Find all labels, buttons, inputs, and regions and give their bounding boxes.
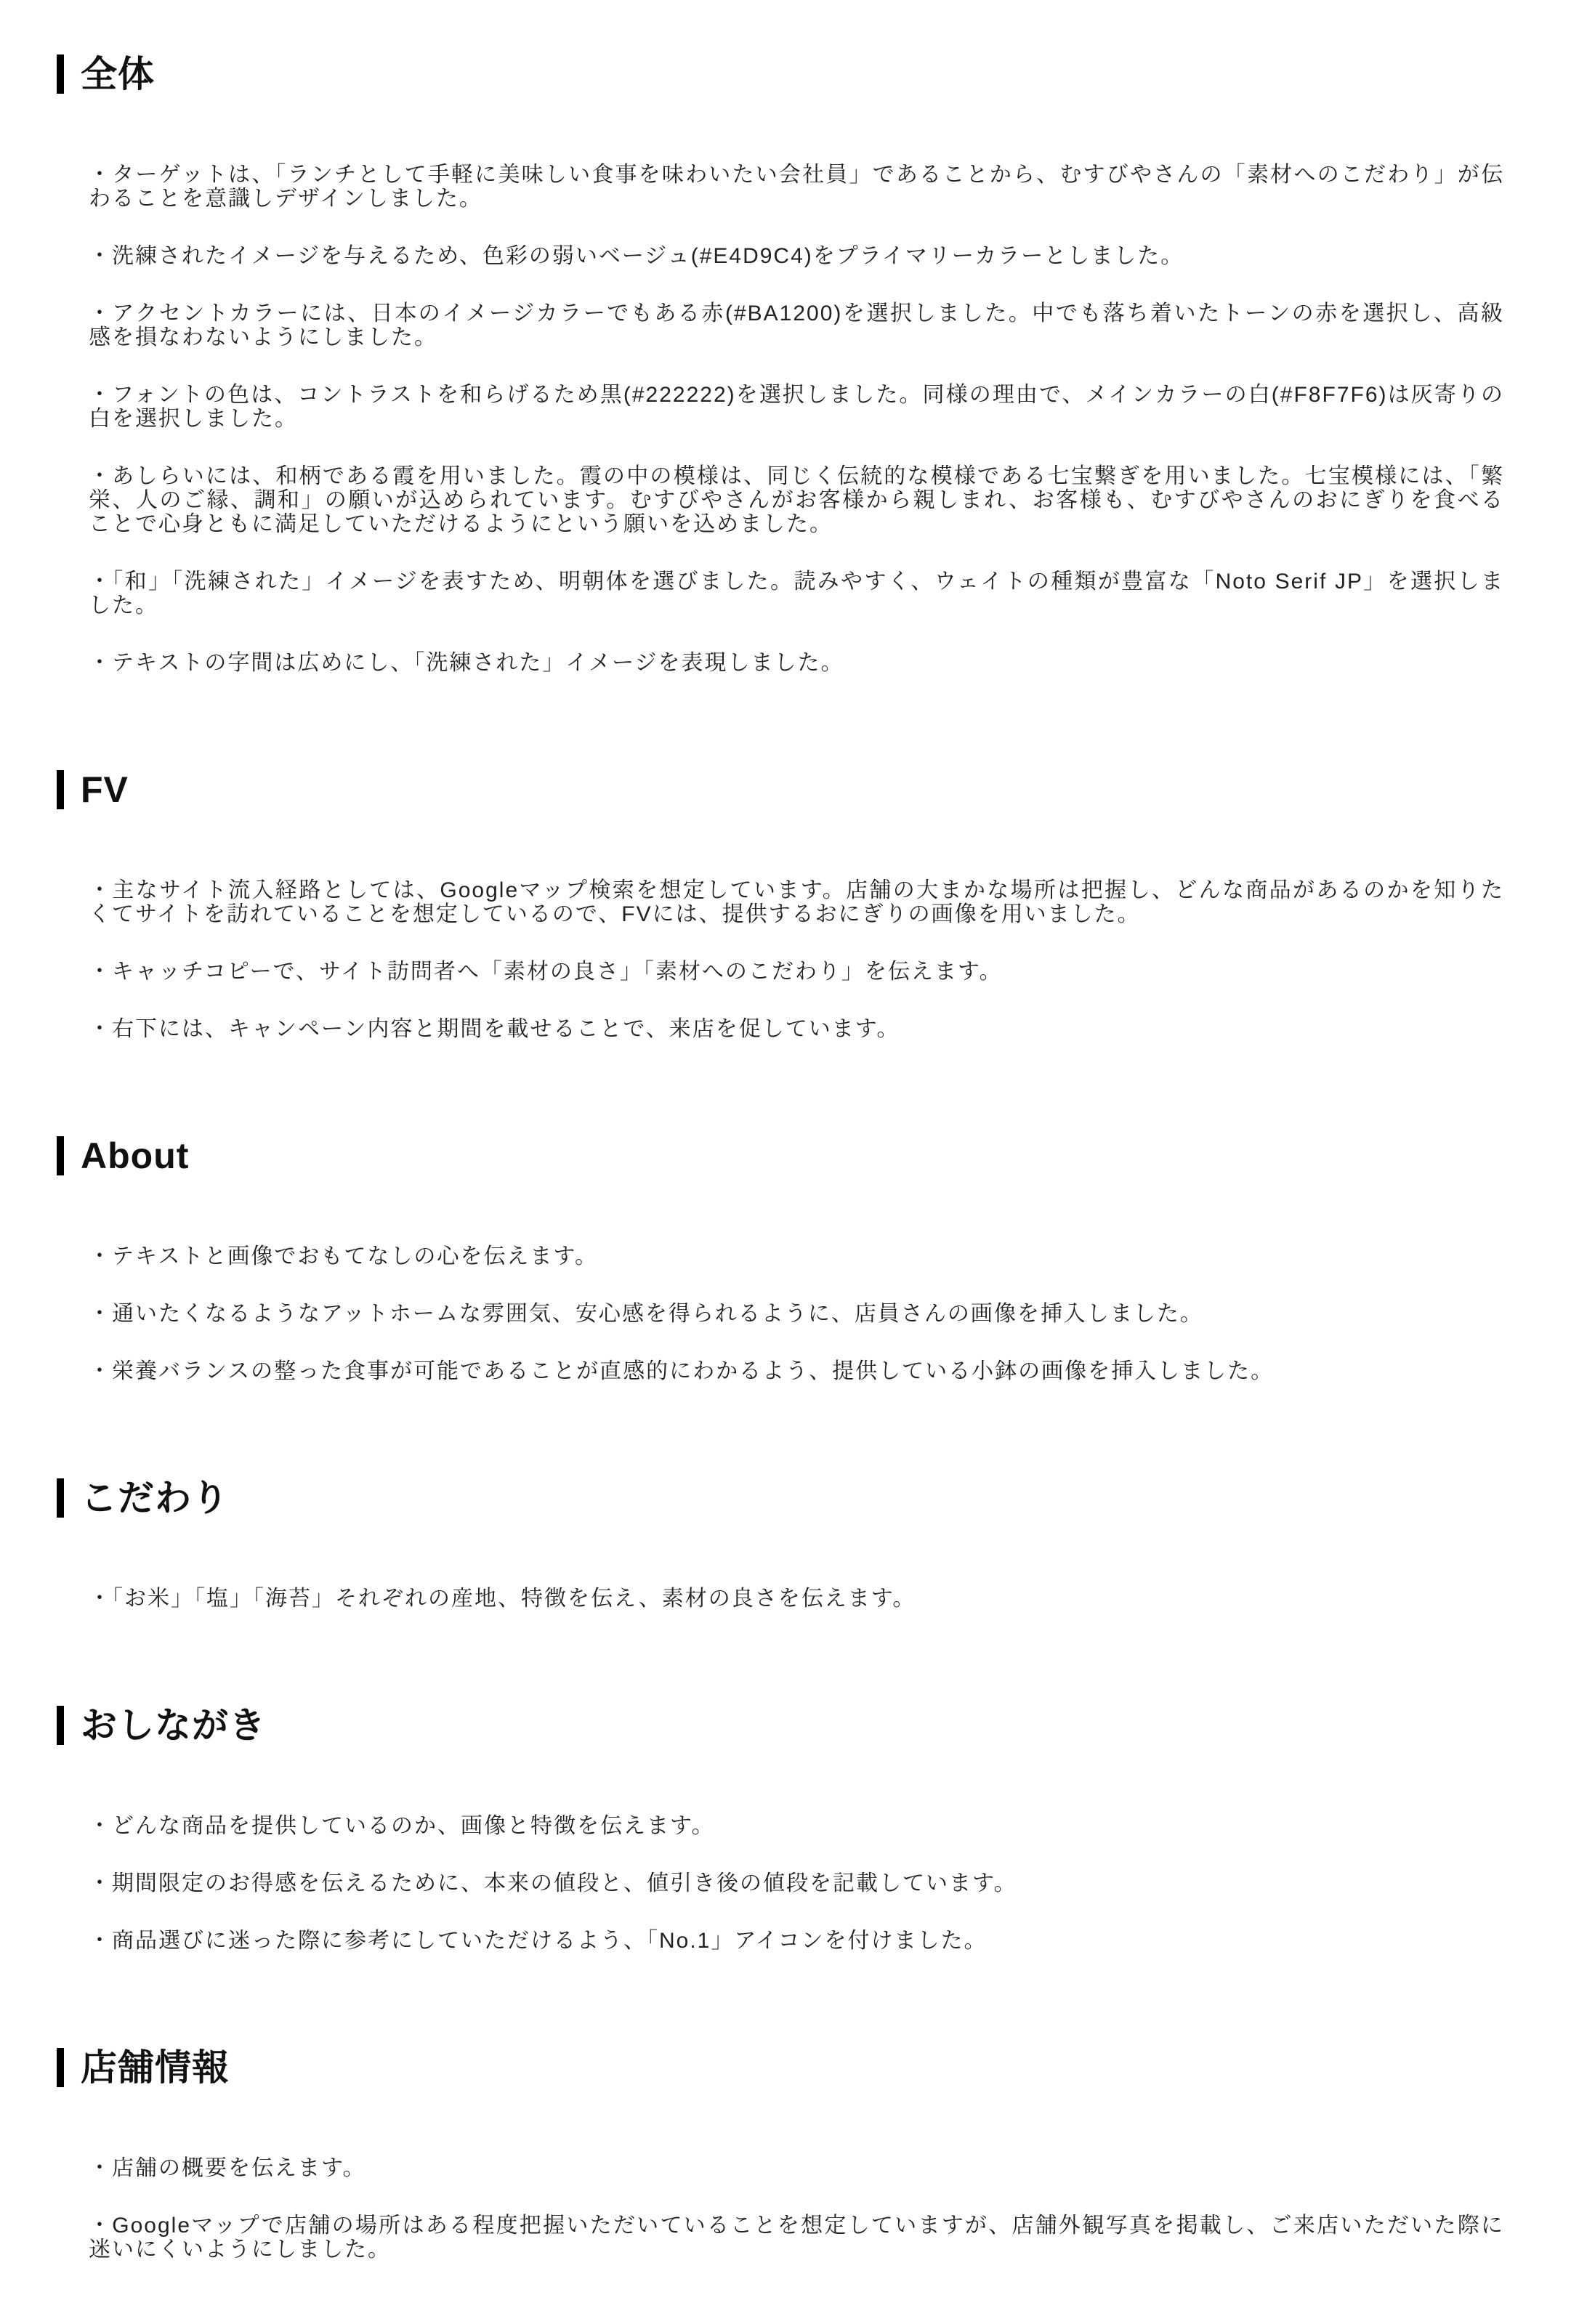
bullet-item: ・栄養バランスの整った食事が可能であることが直感的にわかるよう、提供している小鉢…: [89, 1359, 1504, 1383]
bullet-item: ・洗練されたイメージを与えるため、色彩の弱いベージュ(#E4D9C4)をプライマ…: [89, 244, 1504, 268]
section-kodawari: こだわり ・「お米」「塩」「海苔」それぞれの産地、特徴を伝え、素材の良さを伝えま…: [57, 1478, 1506, 1644]
section-title-store-info: 店舗情報: [57, 2048, 1506, 2087]
bullet-item: ・キャッチコピーで、サイト訪問者へ「素材の良さ」「素材へのこだわり」を伝えます。: [89, 960, 1504, 984]
bullet-item: ・どんな商品を提供しているのか、画像と特徴を伝えます。: [89, 1814, 1504, 1838]
section-about: About ・テキストと画像でおもてなしの心を伝えます。 ・通いたくなるようなア…: [57, 1136, 1506, 1417]
bullet-item: ・商品選びに迷った際に参考にしていただけるよう、「No.1」アイコンを付けました…: [89, 1929, 1504, 1953]
bullet-item: ・テキストの字間は広めにし、「洗練された」イメージを表現しました。: [89, 651, 1504, 675]
bullet-item: ・右下には、キャンペーン内容と期間を載せることで、来店を促しています。: [89, 1017, 1504, 1041]
bullet-item: ・フォントの色は、コントラストを和らげるため黒(#222222)を選択しました。…: [89, 383, 1504, 431]
section-title-kodawari: こだわり: [57, 1478, 1506, 1518]
bullet-item: ・「お米」「塩」「海苔」それぞれの産地、特徴を伝え、素材の良さを伝えます。: [89, 1587, 1504, 1611]
section-title-oshinagaki: おしながき: [57, 1706, 1506, 1745]
section-overall: 全体 ・ターゲットは、「ランチとして手軽に美味しい食事を味わいたい会社員」である…: [57, 54, 1506, 708]
bullet-item: ・ターゲットは、「ランチとして手軽に美味しい食事を味わいたい会社員」であることか…: [89, 163, 1504, 211]
section-title-fv: FV: [57, 770, 1506, 809]
bullet-item: ・あしらいには、和柄である霞を用いました。霞の中の模様は、同じく伝統的な模様であ…: [89, 464, 1504, 536]
bullet-item: ・「和」「洗練された」イメージを表すため、明朝体を選びました。読みやすく、ウェイ…: [89, 570, 1504, 618]
design-spec-document: { "colors": { "background": "#ffffff", "…: [0, 0, 1587, 2324]
section-title-about: About: [57, 1136, 1506, 1175]
bullet-item: ・店舗の概要を伝えます。: [89, 2156, 1504, 2180]
bullet-item: ・テキストと画像でおもてなしの心を伝えます。: [89, 1244, 1504, 1268]
bullet-item: ・通いたくなるようなアットホームな雰囲気、安心感を得られるように、店員さんの画像…: [89, 1302, 1504, 1326]
bullet-item: ・主なサイト流入経路としては、Googleマップ検索を想定しています。店舗の大ま…: [89, 878, 1504, 926]
bullet-item: ・Googleマップで店舗の場所はある程度把握いただいていることを想定しています…: [89, 2214, 1504, 2262]
section-store-info: 店舗情報 ・店舗の概要を伝えます。 ・Googleマップで店舗の場所はある程度把…: [57, 2048, 1506, 2295]
section-title-overall: 全体: [57, 54, 1506, 94]
bullet-item: ・アクセントカラーには、日本のイメージカラーでもある赤(#BA1200)を選択し…: [89, 301, 1504, 349]
bullet-item: ・期間限定のお得感を伝えるために、本来の値段と、値引き後の値段を記載しています。: [89, 1871, 1504, 1895]
section-fv: FV ・主なサイト流入経路としては、Googleマップ検索を想定しています。店舗…: [57, 770, 1506, 1074]
section-oshinagaki: おしながき ・どんな商品を提供しているのか、画像と特徴を伝えます。 ・期間限定の…: [57, 1706, 1506, 1986]
